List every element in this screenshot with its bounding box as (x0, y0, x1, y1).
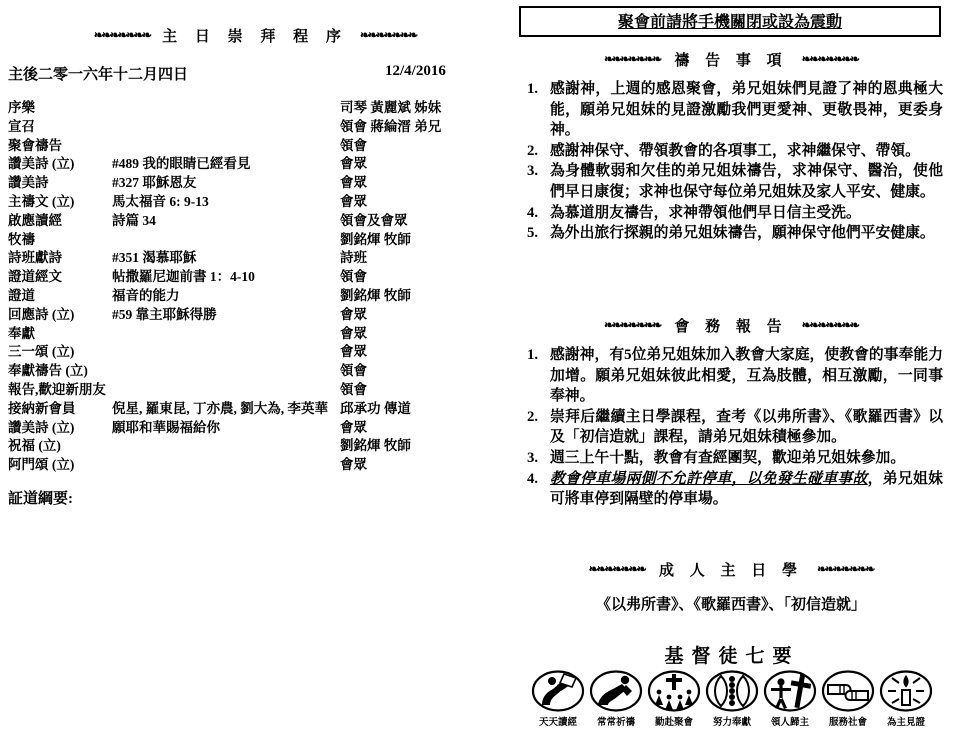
affairs-item: 感謝神，有5位弟兄姐妹加入教會大家庭，使教會的事奉能力加增。願弟兄姐妹彼此相愛，… (519, 345, 943, 407)
worship-order-title-row: ❧❧❧❧❧❧❧ 主 日 崇 拜 程 序 ❧❧❧❧❧❧❧ (8, 25, 502, 46)
program-detail: #489 我的眼睛已經看見 (112, 155, 340, 174)
program-table: 序樂司琴 黃麗斌 姊妹 宣召領會 蔣綸溍 弟兄 聚會禱告領會 讚美詩 (立)#4… (8, 99, 502, 475)
program-detail: 願耶和華賜福給你 (112, 419, 340, 438)
program-detail (112, 343, 340, 362)
essential-lead-to-lord: 領人歸主 (762, 670, 819, 728)
prayer-items-list: 感謝神，上週的感恩聚會，弟兄姐妹們見證了神的恩典極大能，願弟兄姐妹的見證激勵我們… (519, 79, 943, 244)
essential-attend-meetings: 勤赴聚會 (646, 670, 703, 728)
essential-label: 天天讀經 (530, 714, 587, 728)
program-item: 報告,歡迎新朋友 (8, 381, 112, 400)
program-row: 祝福 (立)劉銘煇 牧師 (8, 437, 502, 456)
program-row: 奉獻會眾 (8, 325, 502, 344)
program-detail: 馬太福音 6: 9-13 (112, 193, 340, 212)
program-who: 領會及會眾 (340, 212, 502, 231)
affairs-item: 崇拜后繼續主日學課程，查考《以弗所書》、《歌羅西書》以及「初信造就」課程，請弟兄… (519, 407, 943, 448)
essential-label: 領人歸主 (762, 714, 819, 728)
program-row: 回應詩 (立)#59 靠主耶穌得勝會眾 (8, 306, 502, 325)
program-item: 證道 (8, 287, 112, 306)
date-western: 12/4/2016 (385, 63, 446, 80)
program-item: 奉獻禱告 (立) (8, 362, 112, 381)
program-detail: 帖撒羅尼迦前書 1：4-10 (112, 268, 340, 287)
program-detail: 倪星, 羅東昆, 丁亦農, 劉大為, 李英華 (112, 400, 340, 419)
sunday-school-books: 《以弗所書》、《歌羅西書》、「初信造就」 (519, 593, 943, 614)
essential-label: 勤赴聚會 (646, 714, 703, 728)
prayer-item: 為外出旅行探親的弟兄姐妹禱告，願神保守他們平安健康。 (519, 223, 943, 244)
affairs-section-title: 會 務 報 告 (674, 315, 787, 336)
essential-constant-prayer: 常常祈禱 (588, 670, 645, 728)
program-who: 領會 蔣綸溍 弟兄 (340, 118, 502, 137)
program-detail (112, 381, 340, 400)
program-detail: #351 渴慕耶穌 (112, 249, 340, 268)
program-row: 阿門頌 (立)會眾 (8, 456, 502, 475)
program-who: 詩班 (340, 249, 502, 268)
program-item: 序樂 (8, 99, 112, 118)
program-detail (112, 325, 340, 344)
prayer-item: 為慕道朋友禱告，求神帶領他們早日信主受洗。 (519, 203, 943, 224)
essential-label: 服務社會 (820, 714, 877, 728)
program-who: 會眾 (340, 174, 502, 193)
scroll-ornament: ❧❧❧❧❧❧❧ (604, 318, 660, 333)
program-row: 聚會禱告領會 (8, 137, 502, 156)
program-who: 會眾 (340, 325, 502, 344)
program-item: 讚美詩 (立) (8, 155, 112, 174)
affairs-section-header: ❧❧❧❧❧❧❧ 會 務 報 告 ❧❧❧❧❧❧❧ (519, 315, 943, 336)
scroll-ornament: ❧❧❧❧❧❧❧ (817, 562, 873, 577)
praying-icon (589, 670, 643, 714)
sunday-school-header: ❧❧❧❧❧❧❧ 成 人 主 日 學 ❧❧❧❧❧❧❧ (519, 559, 943, 580)
prayer-item: 為身體軟弱和欠佳的弟兄姐妹禱告，求神保守、醫治，使他們早日康復；求神也保守每位弟… (519, 161, 943, 202)
program-item: 祝福 (立) (8, 437, 112, 456)
program-item: 牧禱 (8, 231, 112, 250)
program-who: 邱承功 傳道 (340, 400, 502, 419)
program-who: 會眾 (340, 419, 502, 438)
hands-icon (821, 670, 875, 714)
scroll-ornament: ❧❧❧❧❧❧❧ (802, 318, 858, 333)
affairs-item-parking: 教會停車場兩側不允許停車，以免發生碰車事故，弟兄姐妹可將車停到隔壁的停車場。 (519, 469, 943, 510)
date-row: 主後二零一六年十二月四日 12/4/2016 (8, 63, 502, 84)
essential-witness: 為主見證 (878, 670, 935, 728)
seven-essentials-title: 基督徒七要 (525, 641, 939, 668)
candle-icon (879, 670, 933, 714)
program-detail: 詩篇 34 (112, 212, 340, 231)
prayer-item: 感謝神，上週的感恩聚會，弟兄姐妹們見證了神的恩典極大能，願弟兄姐妹的見證激勵我們… (519, 79, 943, 141)
program-who: 會眾 (340, 155, 502, 174)
reading-icon (531, 670, 585, 714)
scroll-ornament: ❧❧❧❧❧❧❧ (589, 562, 645, 577)
page-title: 主 日 崇 拜 程 序 (162, 25, 348, 46)
prayer-section-header: ❧❧❧❧❧❧❧ 禱 告 事 項 ❧❧❧❧❧❧❧ (519, 49, 943, 70)
program-row: 序樂司琴 黃麗斌 姊妹 (8, 99, 502, 118)
program-detail (112, 456, 340, 475)
scroll-ornament: ❧❧❧❧❧❧❧ (360, 28, 416, 43)
seven-essentials-icons-row: 天天讀經 常常祈禱 (525, 670, 939, 728)
program-row: 報告,歡迎新朋友領會 (8, 381, 502, 400)
program-who: 劉銘煇 牧師 (340, 231, 502, 250)
program-item: 證道經文 (8, 268, 112, 287)
program-who: 劉銘煇 牧師 (340, 437, 502, 456)
sunday-school-title: 成 人 主 日 學 (659, 559, 803, 580)
scroll-ornament: ❧❧❧❧❧❧❧ (604, 52, 660, 67)
program-row: 證道福音的能力劉銘煇 牧師 (8, 287, 502, 306)
seven-essentials-block: 基督徒七要 天天讀經 (525, 641, 939, 728)
program-who: 會眾 (340, 193, 502, 212)
date-chinese: 主後二零一六年十二月四日 (8, 67, 188, 83)
essential-label: 為主見證 (878, 714, 935, 728)
program-item: 宣召 (8, 118, 112, 137)
scroll-ornament: ❧❧❧❧❧❧❧ (94, 28, 150, 43)
program-row: 讚美詩#327 耶穌恩友會眾 (8, 174, 502, 193)
essential-label: 努力奉獻 (704, 714, 761, 728)
program-who: 領會 (340, 381, 502, 400)
phone-notice-box: 聚會前請將手機關閉或設為震動 (519, 6, 941, 37)
program-who: 領會 (340, 362, 502, 381)
announcements-column: 聚會前請將手機關閉或設為震動 ❧❧❧❧❧❧❧ 禱 告 事 項 ❧❧❧❧❧❧❧ 感… (519, 0, 943, 732)
worship-order-column: ❧❧❧❧❧❧❧ 主 日 崇 拜 程 序 ❧❧❧❧❧❧❧ 主後二零一六年十二月四日… (8, 0, 502, 732)
program-row: 牧禱劉銘煇 牧師 (8, 231, 502, 250)
program-item: 讚美詩 (8, 174, 112, 193)
program-row: 三一頌 (立)會眾 (8, 343, 502, 362)
phone-notice-text: 聚會前請將手機關閉或設為震動 (618, 14, 842, 31)
bulletin-page: ❧❧❧❧❧❧❧ 主 日 崇 拜 程 序 ❧❧❧❧❧❧❧ 主後二零一六年十二月四日… (0, 0, 955, 732)
program-who: 會眾 (340, 306, 502, 325)
program-row: 主禱文 (立)馬太福音 6: 9-13會眾 (8, 193, 502, 212)
program-detail (112, 137, 340, 156)
person-cross-icon (763, 670, 817, 714)
program-item: 三一頌 (立) (8, 343, 112, 362)
parking-warning-emphasis: 教會停車場兩側不允許停車，以免發生碰車事故 (550, 471, 868, 487)
program-detail (112, 99, 340, 118)
essential-label: 常常祈禱 (588, 714, 645, 728)
program-item: 主禱文 (立) (8, 193, 112, 212)
program-item: 讚美詩 (立) (8, 419, 112, 438)
prayer-item: 感謝神保守、帶領教會的各項事工，求神繼保守、帶領。 (519, 141, 943, 162)
gathering-cross-icon (647, 670, 701, 714)
program-item: 回應詩 (立) (8, 306, 112, 325)
essential-serve-society: 服務社會 (820, 670, 877, 728)
affairs-items-list: 感謝神，有5位弟兄姐妹加入教會大家庭，使教會的事奉能力加增。願弟兄姐妹彼此相愛，… (519, 345, 943, 510)
program-item: 啟應讀經 (8, 212, 112, 231)
program-detail: #59 靠主耶穌得勝 (112, 306, 340, 325)
program-detail: 福音的能力 (112, 287, 340, 306)
fish-coins-icon (705, 670, 759, 714)
essential-offering: 努力奉獻 (704, 670, 761, 728)
scroll-ornament: ❧❧❧❧❧❧❧ (802, 52, 858, 67)
program-who: 會眾 (340, 343, 502, 362)
program-detail (112, 231, 340, 250)
program-detail (112, 362, 340, 381)
program-detail (112, 118, 340, 137)
program-item: 聚會禱告 (8, 137, 112, 156)
program-item: 接納新會員 (8, 400, 112, 419)
program-row: 宣召領會 蔣綸溍 弟兄 (8, 118, 502, 137)
program-who: 劉銘煇 牧師 (340, 287, 502, 306)
program-row: 奉獻禱告 (立)領會 (8, 362, 502, 381)
program-row: 詩班獻詩#351 渴慕耶穌詩班 (8, 249, 502, 268)
prayer-section-title: 禱 告 事 項 (674, 49, 787, 70)
program-item: 阿門頌 (立) (8, 456, 112, 475)
program-who: 會眾 (340, 456, 502, 475)
program-who: 領會 (340, 268, 502, 287)
sermon-outline-label: 証道綱要: (8, 487, 73, 508)
affairs-item: 週三上午十點，教會有查經團契，歡迎弟兄姐妹參加。 (519, 448, 943, 469)
essential-daily-reading: 天天讀經 (530, 670, 587, 728)
program-detail (112, 437, 340, 456)
program-row: 讚美詩 (立)願耶和華賜福給你會眾 (8, 419, 502, 438)
program-row: 證道經文帖撒羅尼迦前書 1：4-10領會 (8, 268, 502, 287)
program-who: 司琴 黃麗斌 姊妹 (340, 99, 502, 118)
program-item: 詩班獻詩 (8, 249, 112, 268)
program-detail: #327 耶穌恩友 (112, 174, 340, 193)
program-row: 讚美詩 (立)#489 我的眼睛已經看見會眾 (8, 155, 502, 174)
program-row: 接納新會員倪星, 羅東昆, 丁亦農, 劉大為, 李英華邱承功 傳道 (8, 400, 502, 419)
program-item: 奉獻 (8, 325, 112, 344)
program-row: 啟應讀經詩篇 34領會及會眾 (8, 212, 502, 231)
program-who: 領會 (340, 137, 502, 156)
